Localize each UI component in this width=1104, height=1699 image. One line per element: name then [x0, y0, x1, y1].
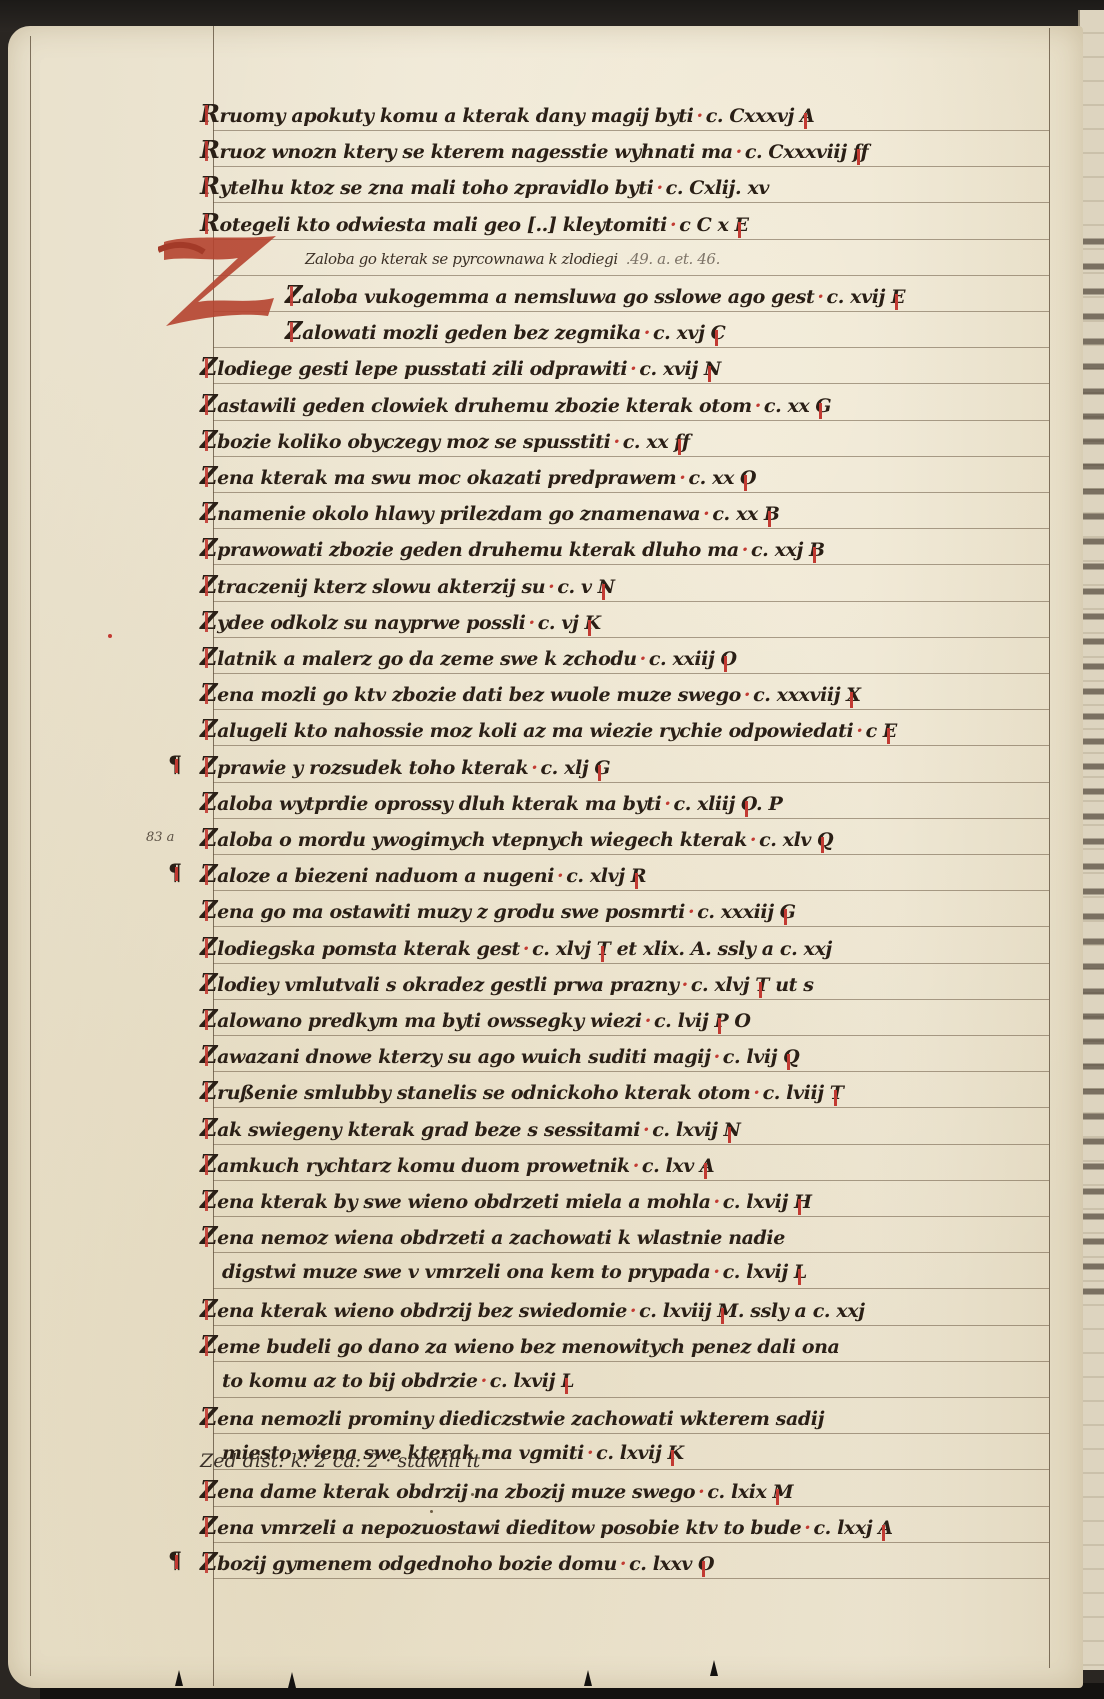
register-entry: Zaloba o mordu ywogimych vtepnych wiegec…: [200, 820, 833, 856]
entry-text: lodiegska pomsta kterak gest: [217, 938, 520, 960]
section-letter: G: [815, 395, 831, 417]
entry-text: digstwi muze swe v vmrzeli ona kem to pr…: [222, 1261, 710, 1283]
rubricated-initial: Z: [200, 533, 217, 562]
section-letter: N: [704, 358, 721, 380]
register-entry: Rruoz wnozn ktery se kterem nagesstie wy…: [200, 132, 868, 168]
register-entry: Zena vmrzeli a nepozuostawi dieditow pos…: [200, 1508, 893, 1544]
register-entry: Zaloba go kterak se pyrcownawa k zlodieg…: [305, 241, 720, 277]
section-letter: ff: [674, 431, 690, 453]
chapter-reference: c. xlj: [528, 757, 588, 779]
section-letter: G: [780, 901, 796, 923]
section-letter: C: [711, 322, 726, 344]
entry-text: alowano predkym ma byti owssegky wiezi: [217, 1010, 642, 1032]
entry-text: ruomy apokuty komu a kterak dany magij b…: [220, 105, 694, 127]
entry-text: traczenij kterz slowu akterzij su: [217, 576, 545, 598]
rubricated-initial: Z: [200, 968, 217, 997]
chapter-reference: c. lviij: [750, 1082, 823, 1104]
entry-text: ytelhu ktoz se zna mali toho zpravidlo b…: [220, 177, 654, 199]
section-letter: E: [891, 286, 905, 308]
entry-text: lodiey vmlutvali s okradez gestli prwa p…: [217, 974, 678, 996]
register-entry: Zena dame kterak obdrzij na zbozij muze …: [200, 1472, 793, 1508]
chapter-reference: c. Cxlij. xv: [653, 177, 769, 199]
register-entry: Zalowati mozli geden bez zegmikac. xvjC: [285, 313, 725, 349]
section-letter: M: [772, 1481, 793, 1503]
register-entry: Zena nemozli prominy diediczstwie zachow…: [200, 1399, 824, 1435]
register-entry: Zalowano predkym ma byti owssegky wiezic…: [200, 1001, 751, 1037]
entry-text: aloba o mordu ywogimych vtepnych wiegech…: [217, 829, 747, 851]
entry-text: ena nemoz wiena obdrzeti a zachowati k w…: [217, 1227, 785, 1249]
rubricated-initial: Z: [200, 714, 217, 743]
rubricated-initial: Z: [200, 823, 217, 852]
section-letter: N: [724, 1119, 741, 1141]
entry-text: ena dame kterak obdrzij na zbozij muze s…: [217, 1481, 695, 1503]
chapter-reference: c. lxix: [695, 1481, 766, 1503]
section-letter: L: [561, 1370, 574, 1392]
chapter-reference: c. lvij: [711, 1046, 778, 1068]
register-entry: Zprawie y rozsudek toho kterakc. xljG: [200, 748, 610, 784]
register-entry: Zaloze a biezeni naduom a nugenic. xlvjR: [200, 856, 646, 892]
rubricated-initial: Z: [200, 787, 217, 816]
entry-text: aloze a biezeni naduom a nugeni: [217, 865, 554, 887]
entry-text: alowati mozli geden bez zegmika: [302, 322, 641, 344]
register-entry: Zamkuch rychtarz komu duom prowetnikc. l…: [200, 1146, 714, 1182]
section-letter: P O: [714, 1010, 750, 1032]
rubricated-initial: Z: [200, 461, 217, 490]
entry-text: ena kterak ma swu moc okazati predprawem: [217, 467, 676, 489]
rubricated-initial: Z: [200, 1330, 217, 1359]
entry-text: ena go ma ostawiti muzy z grodu swe posm…: [217, 901, 685, 923]
rubricated-initial: Z: [200, 1294, 217, 1323]
register-entry: Znamenie okolo hlawy prilezdam go znamen…: [200, 494, 780, 530]
rubricated-initial: Z: [200, 606, 217, 635]
register-entry: Zastawili geden clowiek druhemu zbozie k…: [200, 386, 831, 422]
register-entry: Zena mozli go ktv zbozie dati bez wuole …: [200, 675, 861, 711]
section-letter: E: [734, 214, 748, 236]
entry-text: ydee odkolz su nayprwe possli: [217, 612, 525, 634]
section-letter: Q: [817, 829, 833, 851]
chapter-reference: c. lxvij: [640, 1119, 718, 1141]
chapter-reference: c. xlv: [747, 829, 811, 851]
entry-text: ena nemozli prominy diediczstwie zachowa…: [217, 1408, 824, 1430]
rubricated-initial: Z: [285, 280, 302, 309]
chapter-reference: c. xx: [752, 395, 810, 417]
register-entry: Zawazani dnowe kterzy su ago wuich sudit…: [200, 1037, 799, 1073]
rubricated-initial: Z: [200, 1004, 217, 1033]
section-letter: K: [667, 1442, 683, 1464]
margin-annotation: 83 a: [146, 830, 174, 845]
chapter-reference: c. Cxxxvj: [694, 105, 794, 127]
page-tear: [710, 1660, 718, 1676]
register-entry: Zlodiey vmlutvali s okradez gestli prwa …: [200, 965, 814, 1001]
right-margin-rule: [1049, 28, 1050, 1668]
entry-text: alugeli kto nahossie moz koli az ma wiez…: [217, 720, 853, 742]
register-entry: Zaloba vukogemma a nemsluwa go sslowe ag…: [285, 277, 905, 313]
rubricated-initial: Z: [200, 859, 217, 888]
section-letter: H: [794, 1191, 812, 1213]
section-letter: L: [794, 1261, 807, 1283]
entry-text: ena mozli go ktv zbozie dati bez wuole m…: [217, 684, 741, 706]
entry-text: ena vmrzeli a nepozuostawi dieditow poso…: [217, 1517, 801, 1539]
chapter-reference: c. lxxv: [617, 1553, 692, 1575]
chapter-reference: c. xxiij: [637, 648, 715, 670]
chapter-reference: c. Cxxxviij: [733, 141, 847, 163]
entry-text: amkuch rychtarz komu duom prowetnik: [217, 1155, 630, 1177]
register-entry: Ztraczenij kterz slowu akterzij suc. vN: [200, 567, 615, 603]
rubric-initial-z-icon: [158, 232, 278, 328]
register-entry: Zrußenie smlubby stanelis se odnickoho k…: [200, 1073, 844, 1109]
entry-text: bozij gymenem odgednoho bozie domu: [217, 1553, 617, 1575]
section-letter: B: [809, 539, 825, 561]
chapter-reference: c. xxxviij: [741, 684, 840, 706]
section-letter: G: [594, 757, 610, 779]
paragraph-mark-icon: ¶: [168, 1548, 182, 1574]
rubricated-initial: R: [200, 135, 220, 164]
entry-text: bozie koliko obyczegy moz se spusstiti: [217, 431, 610, 453]
entry-text: astawili geden clowiek druhemu zbozie kt…: [217, 395, 752, 417]
entry-text: rußenie smlubby stanelis se odnickoho kt…: [217, 1082, 750, 1104]
rubricated-initial: Z: [200, 1547, 217, 1576]
rubricated-initial: Z: [200, 389, 217, 418]
section-letter: E: [883, 720, 897, 742]
register-entry: Zlodiege gesti lepe pusstati zili odpraw…: [200, 349, 721, 385]
entry-text: ena kterak by swe wieno obdrzeti miela a…: [217, 1191, 710, 1213]
section-letter: R: [631, 865, 646, 887]
rubricated-initial: Z: [200, 570, 217, 599]
entry-text: to komu az to bij obdrzie: [222, 1370, 478, 1392]
rubricated-initial: Z: [200, 1511, 217, 1540]
chapter-reference: c. xx: [610, 431, 668, 453]
chapter-reference: c. xlvj: [520, 938, 591, 960]
chapter-reference: c. lxxj: [801, 1517, 872, 1539]
rubricated-initial: Z: [200, 932, 217, 961]
chapter-reference: c: [853, 720, 876, 742]
rubricated-initial: Z: [200, 497, 217, 526]
entry-text: namenie okolo hlawy prilezdam go znamena…: [217, 503, 700, 525]
entry-text: ena kterak wieno obdrzij bez swiedomie: [217, 1300, 627, 1322]
register-entry: Zena kterak by swe wieno obdrzeti miela …: [200, 1182, 812, 1218]
chapter-reference: c. xxj: [739, 539, 803, 561]
section-letter: M. ssly a c. xxj: [717, 1300, 864, 1322]
register-entry: Rruomy apokuty komu a kterak dany magij …: [200, 96, 814, 132]
chapter-reference: c. lxvij: [478, 1370, 556, 1392]
margin-red-dot: [108, 634, 112, 638]
facing-page-text: [1082, 230, 1104, 1310]
section-letter: X: [846, 684, 860, 706]
chapter-reference: c C x: [667, 214, 728, 236]
chapter-reference: c. xvij: [814, 286, 885, 308]
entry-text: ruoz wnozn ktery se kterem nagesstie wyh…: [220, 141, 733, 163]
register-entry: Zprawowati zbozie geden druhemu kterak d…: [200, 530, 825, 566]
rubricated-initial: Z: [200, 1113, 217, 1142]
register-entry: Zalugeli kto nahossie moz koli az ma wie…: [200, 711, 897, 747]
register-entry: Zydee odkolz su nayprwe posslic. vjK: [200, 603, 601, 639]
entry-text: otegeli kto odwiesta mali geo [..] kleyt…: [220, 214, 667, 236]
rubricated-initial: Z: [200, 751, 217, 780]
section-letter: B: [764, 503, 780, 525]
rubricated-initial: Z: [200, 1185, 217, 1214]
rubricated-initial: Z: [200, 425, 217, 454]
section-letter: O. P: [741, 793, 782, 815]
register-entry: Zbozij gymenem odgednoho bozie domuc. lx…: [200, 1544, 714, 1580]
rubricated-initial: Z: [200, 1040, 217, 1069]
entry-text: awazani dnowe kterzy su ago wuich suditi…: [217, 1046, 710, 1068]
chapter-reference: c. vj: [526, 612, 579, 634]
chapter-reference: c. lxvij: [584, 1442, 662, 1464]
entry-text: aloba vukogemma a nemsluwa go sslowe ago…: [302, 286, 814, 308]
entry-text: lodiege gesti lepe pusstati zili odprawi…: [217, 358, 627, 380]
chapter-reference: c. xvj: [641, 322, 705, 344]
section-letter: T et xlix. A. ssly a c. xxj: [597, 938, 832, 960]
chapter-reference: c. lxv: [630, 1155, 694, 1177]
register-entry: Zena kterak wieno obdrzij bez swiedomiec…: [200, 1291, 865, 1327]
register-entry: digstwi muze swe v vmrzeli ona kem to pr…: [222, 1254, 807, 1290]
section-letter: A: [878, 1517, 892, 1539]
entry-text: Zaloba go kterak se pyrcownawa k zlodieg…: [305, 250, 618, 268]
rubricated-initial: Z: [285, 316, 302, 345]
entry-text: latnik a malerz go da zeme swe k zchodu: [217, 648, 637, 670]
rubricated-initial: R: [200, 99, 220, 128]
rubricated-initial: Z: [200, 895, 217, 924]
entry-text: aloba wytprdie oprossy dluh kterak ma by…: [217, 793, 661, 815]
outer-margin-rule: [30, 36, 31, 1676]
chapter-reference: c. xx: [700, 503, 758, 525]
chapter-reference: c. lxvij: [710, 1261, 788, 1283]
page-tear: [584, 1670, 592, 1686]
ink-speck: [430, 1510, 433, 1513]
section-letter: A: [800, 105, 814, 127]
chapter-reference: c. xlvj: [554, 865, 625, 887]
rubricated-initial: Z: [200, 352, 217, 381]
section-letter: T ut s: [755, 974, 813, 996]
rubricated-initial: Z: [200, 1149, 217, 1178]
register-entry: Zlodiegska pomsta kterak gestc. xlvjT et…: [200, 929, 832, 965]
entry-text: eme budeli go dano za wieno bez menowity…: [217, 1336, 839, 1358]
rubricated-initial: R: [200, 208, 220, 237]
section-letter: O: [740, 467, 756, 489]
register-entry: Rotegeli kto odwiesta mali geo [..] kley…: [200, 205, 749, 241]
register-entry: Zak swiegeny kterak grad beze s sessitam…: [200, 1110, 741, 1146]
chapter-reference: c. xliij: [661, 793, 735, 815]
chapter-reference: c. xvij: [627, 358, 698, 380]
rubricated-initial: Z: [200, 678, 217, 707]
register-entry: Rytelhu ktoz se zna mali toho zpravidlo …: [200, 168, 769, 204]
ink-speck: [471, 1493, 474, 1496]
section-letter: A: [700, 1155, 714, 1177]
chapter-reference: .49. a. et. 46.: [626, 250, 720, 268]
register-entry: Zena go ma ostawiti muzy z grodu swe pos…: [200, 892, 796, 928]
chapter-reference: c. xx: [676, 467, 734, 489]
register-entry: Zena kterak ma swu moc okazati predprawe…: [200, 458, 756, 494]
chapter-reference: c. v: [545, 576, 591, 598]
chapter-reference: c. lvij: [642, 1010, 709, 1032]
entry-text: prawie y rozsudek toho kterak: [217, 757, 528, 779]
rubricated-initial: Z: [200, 642, 217, 671]
rubricated-initial: Z: [200, 1402, 217, 1431]
entry-text: prawowati zbozie geden druhemu kterak dl…: [217, 539, 739, 561]
rubricated-initial: Z: [200, 1475, 217, 1504]
chapter-reference: c. xxxiij: [685, 901, 774, 923]
register-entry: Zena nemoz wiena obdrzeti a zachowati k …: [200, 1218, 785, 1254]
chapter-reference: c. lxvij: [710, 1191, 788, 1213]
section-letter: O: [698, 1553, 714, 1575]
entry-text: ak swiegeny kterak grad beze s sessitami: [217, 1119, 640, 1141]
footer-note: Zed dist: k: 2 ca: 2 · stawili it: [200, 1450, 480, 1472]
page-tear: [175, 1670, 183, 1686]
rubricated-initial: Z: [200, 1221, 217, 1250]
register-entry: Zbozie koliko obyczegy moz se spusstitic…: [200, 422, 690, 458]
section-letter: K: [584, 612, 600, 634]
section-letter: T: [830, 1082, 844, 1104]
register-entry: Zeme budeli go dano za wieno bez menowit…: [200, 1327, 839, 1363]
register-entry: Zaloba wytprdie oprossy dluh kterak ma b…: [200, 784, 782, 820]
section-letter: Q: [783, 1046, 799, 1068]
section-letter: N: [598, 576, 615, 598]
register-entry: to komu az to bij obdrziec. lxvijL: [222, 1363, 574, 1399]
section-letter: ff: [853, 141, 869, 163]
rubricated-initial: Z: [200, 1076, 217, 1105]
register-entry: Zlatnik a malerz go da zeme swe k zchodu…: [200, 639, 737, 675]
paragraph-mark-icon: ¶: [168, 752, 182, 778]
paragraph-mark-icon: ¶: [168, 860, 182, 886]
chapter-reference: c. xlvj: [679, 974, 750, 996]
page-tear: [288, 1672, 296, 1688]
rubricated-initial: R: [200, 171, 220, 200]
chapter-reference: c. lxviij: [627, 1300, 711, 1322]
section-letter: O: [720, 648, 736, 670]
